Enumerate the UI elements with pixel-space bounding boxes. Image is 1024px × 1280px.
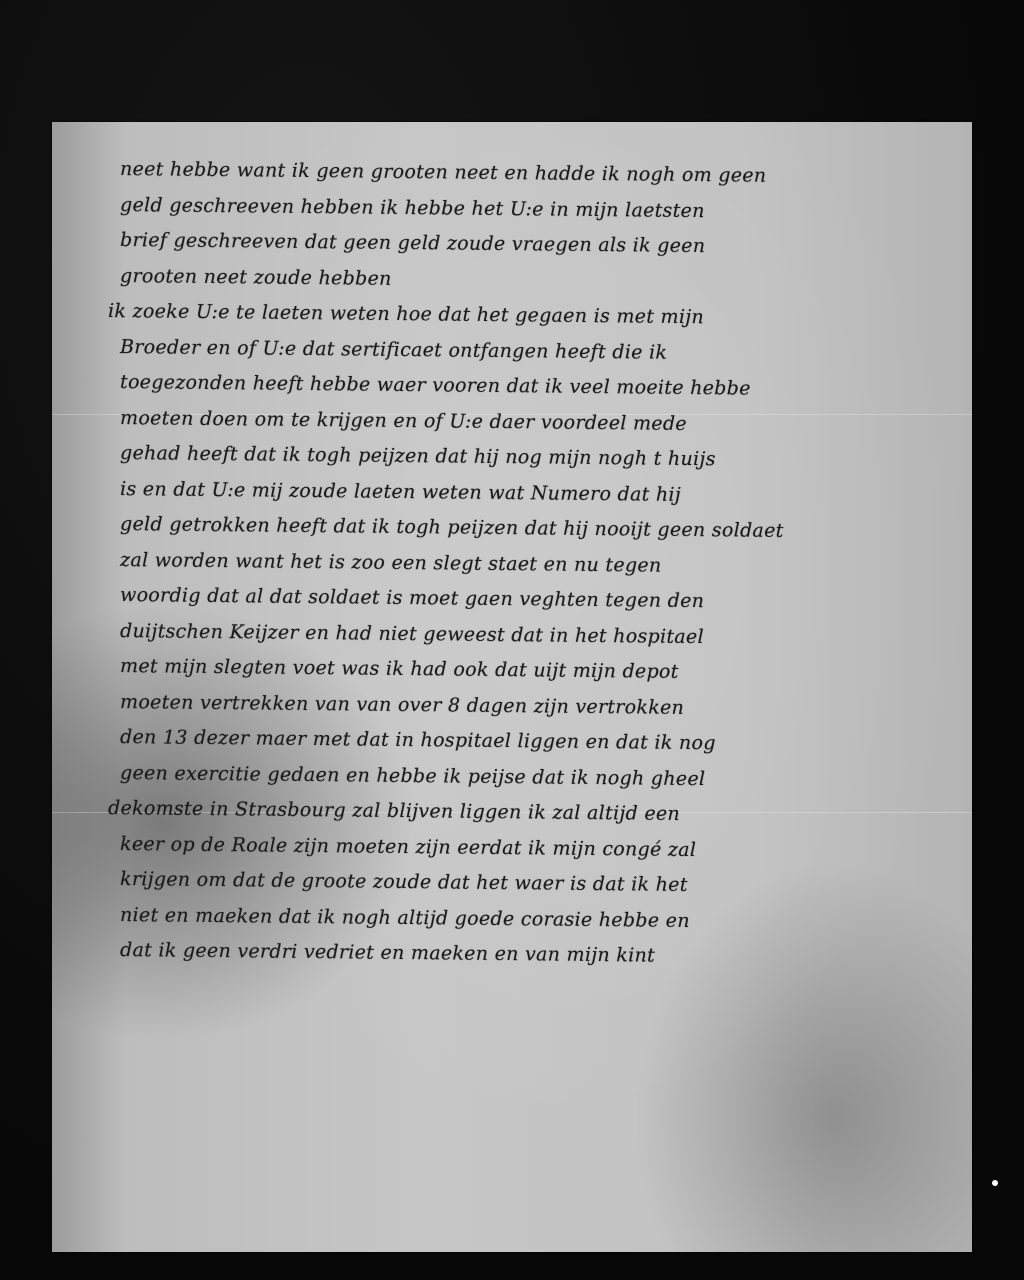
dust-speck xyxy=(992,1180,998,1186)
text-line: dat ik geen verdri vedriet en maeken en … xyxy=(120,939,956,983)
letter-page: neet hebbe want ik geen grooten neet en … xyxy=(52,122,972,1252)
handwritten-text: neet hebbe want ik geen grooten neet en … xyxy=(120,158,956,975)
